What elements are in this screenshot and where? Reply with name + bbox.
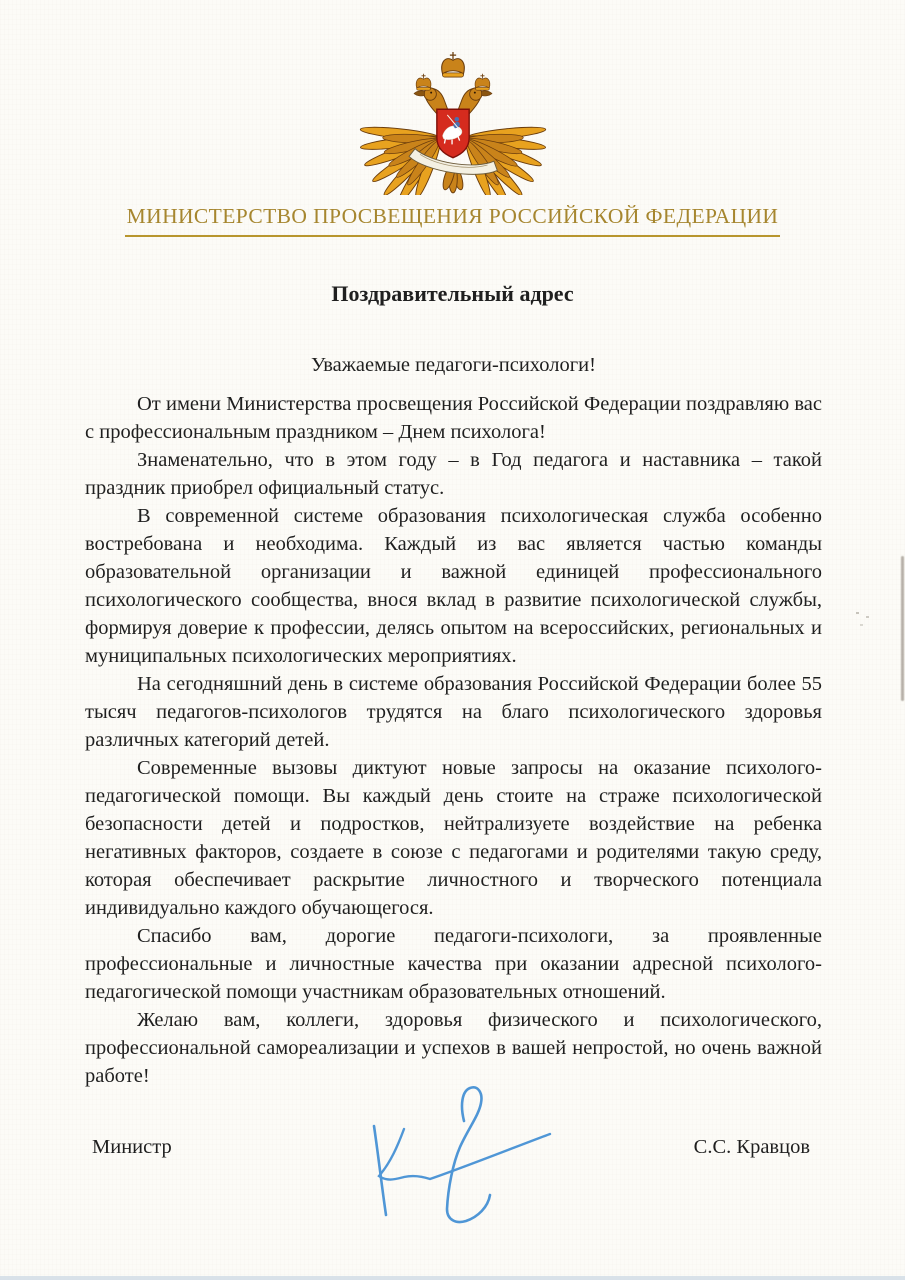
letter-paragraph: От имени Министерства просвещения Россий… [85,390,822,446]
letter-page: МИНИСТЕРСТВО ПРОСВЕЩЕНИЯ РОССИЙСКОЙ ФЕДЕ… [0,0,905,1280]
double-headed-eagle-emblem-icon [358,52,548,195]
salutation: Уважаемые педагоги-психологи! [85,351,822,379]
letter-paragraph: Спасибо вам, дорогие педагоги-психологи,… [85,922,822,1006]
letter-body: Уважаемые педагоги-психологи! От имени М… [85,351,822,1090]
letter-paragraph: Современные вызовы диктуют новые запросы… [85,754,822,922]
letter-paragraph: Желаю вам, коллеги, здоровья физического… [85,1006,822,1090]
minister-name: С.С. Кравцов [694,1136,810,1159]
scan-speck-artifact [856,612,859,614]
letter-paragraph: На сегодняшний день в системе образовани… [85,670,822,754]
minister-signature-autograph-icon [360,1083,560,1233]
ministry-header-title: МИНИСТЕРСТВО ПРОСВЕЩЕНИЯ РОССИЙСКОЙ ФЕДЕ… [125,204,781,237]
document-title: Поздравительный адрес [0,281,905,307]
scan-right-edge-artifact [901,556,904,701]
minister-position-label: Министр [92,1136,172,1159]
letter-paragraph: Знаменательно, что в этом году – в Год п… [85,446,822,502]
ministry-header: МИНИСТЕРСТВО ПРОСВЕЩЕНИЯ РОССИЙСКОЙ ФЕДЕ… [0,204,905,237]
letter-paragraph: В современной системе образования психол… [85,502,822,670]
scan-bottom-edge-artifact [0,1276,905,1280]
